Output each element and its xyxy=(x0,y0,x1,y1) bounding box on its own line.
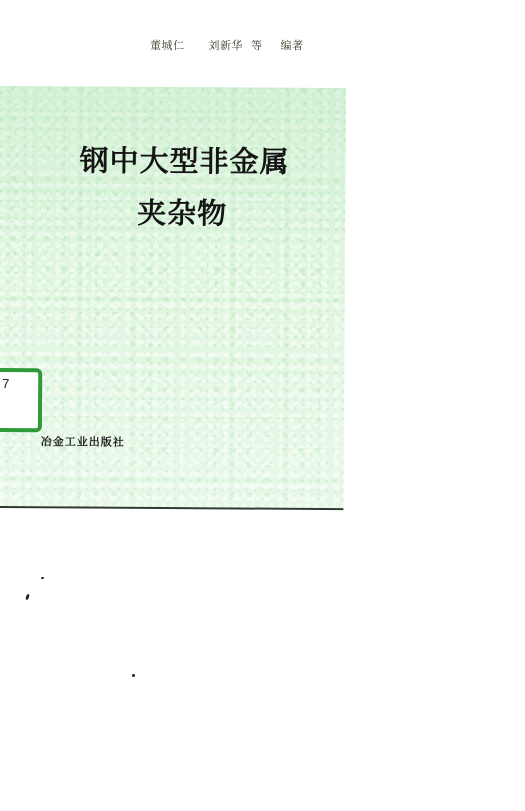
book-cover: 钢中大型非金属 夹杂物 7 冶金工业出版社 xyxy=(0,86,346,510)
author-etal: 等 xyxy=(251,37,263,53)
author-line: 董城仁 刘新华 等 编著 xyxy=(150,37,304,53)
scan-speck xyxy=(41,577,44,579)
scan-speck xyxy=(132,674,135,677)
call-number-text: 7 xyxy=(2,376,9,391)
book-title-line-1: 钢中大型非金属 xyxy=(11,138,357,181)
call-number-label: 7 xyxy=(0,368,42,432)
publisher-name: 冶金工业出版社 xyxy=(41,433,125,450)
scan-speck xyxy=(25,594,30,601)
author-2: 刘新华 xyxy=(209,37,244,53)
book-title-line-2: 夹杂物 xyxy=(9,190,355,233)
author-1: 董城仁 xyxy=(150,37,185,53)
editor-role: 编著 xyxy=(281,37,304,53)
